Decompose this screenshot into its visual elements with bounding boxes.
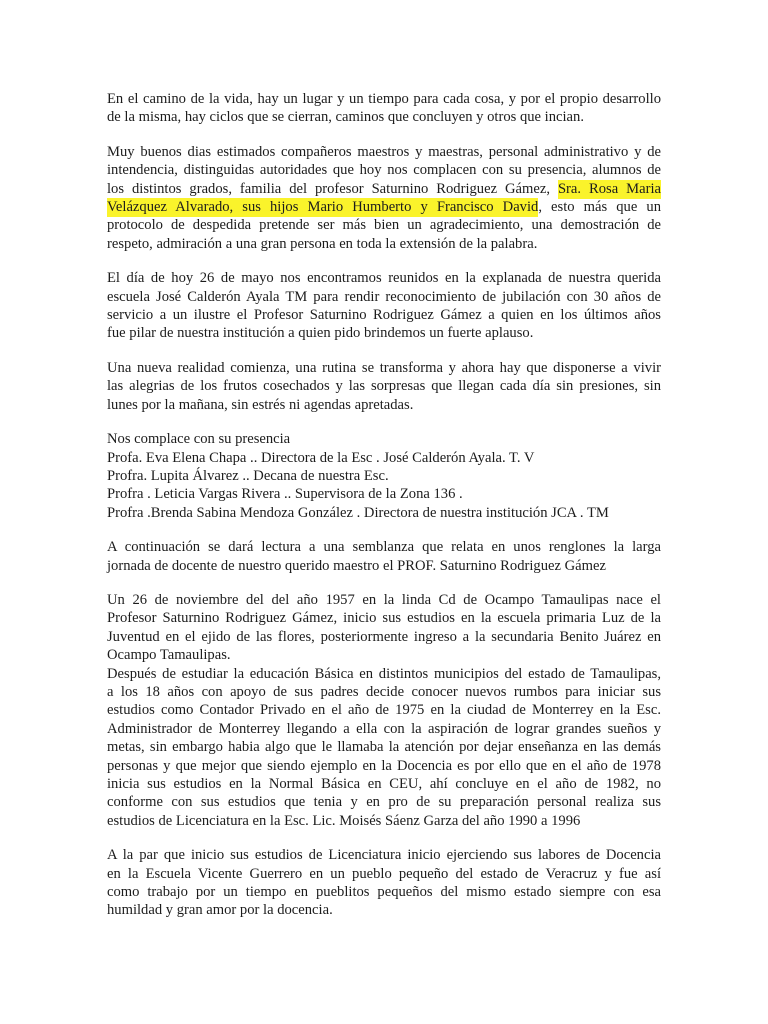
text-line: En el camino de la vida, hay un lugar y … — [107, 90, 661, 108]
text-line: lunes por la mañana, sin estrés ni agend… — [107, 396, 661, 414]
text-line: Profra .Brenda Sabina Mendoza González .… — [107, 504, 661, 522]
text-segment: A la par que inicio sus estudios de Lice… — [107, 847, 661, 863]
text-line: A continuación se dará lectura a una sem… — [107, 538, 661, 556]
text-line: intendencia, distinguidas autoridades qu… — [107, 161, 661, 179]
text-line: estudios como Contador Privado en el año… — [107, 701, 661, 719]
text-line: en la Escuela Vicente Guerrero en un pue… — [107, 865, 661, 883]
text-line: Ocampo Tamaulipas. — [107, 646, 661, 664]
text-line: Profa. Eva Elena Chapa .. Directora de l… — [107, 449, 661, 467]
text-line: Profesor Saturnino Rodriguez Gámez, inic… — [107, 609, 661, 627]
text-segment: humildad y gran amor por la docencia. — [107, 902, 333, 918]
text-segment: Profra .Brenda Sabina Mendoza González .… — [107, 505, 609, 521]
text-line: los distintos grados, familia del profes… — [107, 180, 661, 198]
text-segment: Nos complace con su presencia — [107, 431, 290, 447]
text-segment: A continuación se dará lectura a una sem… — [107, 539, 661, 555]
text-segment: , esto más que un — [538, 199, 661, 215]
paragraph-opening: En el camino de la vida, hay un lugar y … — [107, 90, 661, 127]
text-segment: respeto, admiración a una gran persona e… — [107, 236, 537, 252]
document-page: En el camino de la vida, hay un lugar y … — [0, 0, 661, 920]
text-line: de la misma, hay ciclos que se cierran, … — [107, 108, 661, 126]
text-line: a los 18 años con apoyo de sus padres de… — [107, 683, 661, 701]
text-line: fue pilar de nuestra institución a quien… — [107, 324, 661, 342]
text-segment: Después de estudiar la educación Básica … — [107, 666, 661, 682]
text-line: respeto, admiración a una gran persona e… — [107, 235, 661, 253]
text-segment: conforme con sus estudios que tenia y en… — [107, 794, 661, 810]
text-segment: El día de hoy 26 de mayo nos encontramos… — [107, 270, 661, 286]
paragraph-birth: Un 26 de noviembre del del año 1957 en l… — [107, 591, 661, 665]
paragraph-teaching-start: A la par que inicio sus estudios de Lice… — [107, 846, 661, 920]
text-segment: Profra . Leticia Vargas Rivera .. Superv… — [107, 486, 463, 502]
text-segment: de la misma, hay ciclos que se cierran, … — [107, 109, 584, 125]
text-segment: personas y que mejor que siendo ejemplo … — [107, 758, 661, 774]
text-segment: Administrador de Monterrey llegando a el… — [107, 721, 661, 737]
text-segment: Una nueva realidad comienza, una rutina … — [107, 360, 661, 376]
text-line: personas y que mejor que siendo ejemplo … — [107, 757, 661, 775]
text-segment: Un 26 de noviembre del del año 1957 en l… — [107, 592, 661, 608]
paragraph-studies: Después de estudiar la educación Básica … — [107, 665, 661, 831]
document-content: En el camino de la vida, hay un lugar y … — [107, 90, 661, 920]
text-line: servicio a un ilustre el Profesor Saturn… — [107, 306, 661, 324]
text-segment: Muy buenos dias estimados compañeros mae… — [107, 144, 661, 160]
text-line: estudios de Licenciatura en la Esc. Lic.… — [107, 812, 661, 830]
text-line: jornada de docente de nuestro querido ma… — [107, 557, 661, 575]
text-segment: lunes por la mañana, sin estrés ni agend… — [107, 397, 413, 413]
text-line: Después de estudiar la educación Básica … — [107, 665, 661, 683]
paragraph-event: El día de hoy 26 de mayo nos encontramos… — [107, 269, 661, 343]
text-segment: metas, sin embargo habia algo que le lla… — [107, 739, 661, 755]
text-line: protocolo de despedida pretende ser más … — [107, 216, 661, 234]
text-segment: a los 18 años con apoyo de sus padres de… — [107, 684, 661, 700]
text-line: las alegrias de los frutos cosechados y … — [107, 377, 661, 395]
text-segment: protocolo de despedida pretende ser más … — [107, 217, 661, 233]
text-segment: Profesor Saturnino Rodriguez Gámez, inic… — [107, 610, 661, 626]
text-segment: inicia sus estudios en la Normal Básica … — [107, 776, 661, 792]
text-line: humildad y gran amor por la docencia. — [107, 901, 661, 919]
text-line: como trabajo por un tiempo en pueblitos … — [107, 883, 661, 901]
text-segment: las alegrias de los frutos cosechados y … — [107, 378, 661, 394]
paragraph-new-reality: Una nueva realidad comienza, una rutina … — [107, 359, 661, 414]
text-line: A la par que inicio sus estudios de Lice… — [107, 846, 661, 864]
text-line: Profra. Lupita Álvarez .. Decana de nues… — [107, 467, 661, 485]
text-segment: fue pilar de nuestra institución a quien… — [107, 325, 533, 341]
text-line: Velázquez Alvarado, sus hijos Mario Humb… — [107, 198, 661, 216]
text-line: Muy buenos dias estimados compañeros mae… — [107, 143, 661, 161]
text-line: conforme con sus estudios que tenia y en… — [107, 793, 661, 811]
paragraph-greeting: Muy buenos dias estimados compañeros mae… — [107, 143, 661, 253]
text-segment: Profa. Eva Elena Chapa .. Directora de l… — [107, 450, 534, 466]
text-segment: intendencia, distinguidas autoridades qu… — [107, 162, 661, 178]
text-line: Juventud en el ejido de las flores, post… — [107, 628, 661, 646]
highlighted-text: Velázquez Alvarado, sus hijos Mario Humb… — [107, 198, 538, 217]
text-segment: en la Escuela Vicente Guerrero en un pue… — [107, 866, 661, 882]
text-segment: servicio a un ilustre el Profesor Saturn… — [107, 307, 661, 323]
text-line: escuela José Calderón Ayala TM para rend… — [107, 288, 661, 306]
text-segment: estudios de Licenciatura en la Esc. Lic.… — [107, 813, 580, 829]
text-segment: Juventud en el ejido de las flores, post… — [107, 629, 661, 645]
text-line: Una nueva realidad comienza, una rutina … — [107, 359, 661, 377]
text-segment: como trabajo por un tiempo en pueblitos … — [107, 884, 661, 900]
highlighted-text: Sra. Rosa Maria — [558, 180, 661, 199]
text-segment: Ocampo Tamaulipas. — [107, 647, 231, 663]
text-line: Nos complace con su presencia — [107, 430, 661, 448]
text-segment: estudios como Contador Privado en el año… — [107, 702, 661, 718]
text-line: metas, sin embargo habia algo que le lla… — [107, 738, 661, 756]
list-guests: Nos complace con su presenciaProfa. Eva … — [107, 430, 661, 522]
text-segment: escuela José Calderón Ayala TM para rend… — [107, 289, 661, 305]
text-line: Profra . Leticia Vargas Rivera .. Superv… — [107, 485, 661, 503]
text-segment: los distintos grados, familia del profes… — [107, 181, 558, 197]
text-line: inicia sus estudios en la Normal Básica … — [107, 775, 661, 793]
text-segment: En el camino de la vida, hay un lugar y … — [107, 91, 661, 107]
text-line: Administrador de Monterrey llegando a el… — [107, 720, 661, 738]
text-segment: Profra. Lupita Álvarez .. Decana de nues… — [107, 468, 389, 484]
text-line: El día de hoy 26 de mayo nos encontramos… — [107, 269, 661, 287]
paragraph-semblanza-intro: A continuación se dará lectura a una sem… — [107, 538, 661, 575]
text-line: Un 26 de noviembre del del año 1957 en l… — [107, 591, 661, 609]
text-segment: jornada de docente de nuestro querido ma… — [107, 558, 606, 574]
